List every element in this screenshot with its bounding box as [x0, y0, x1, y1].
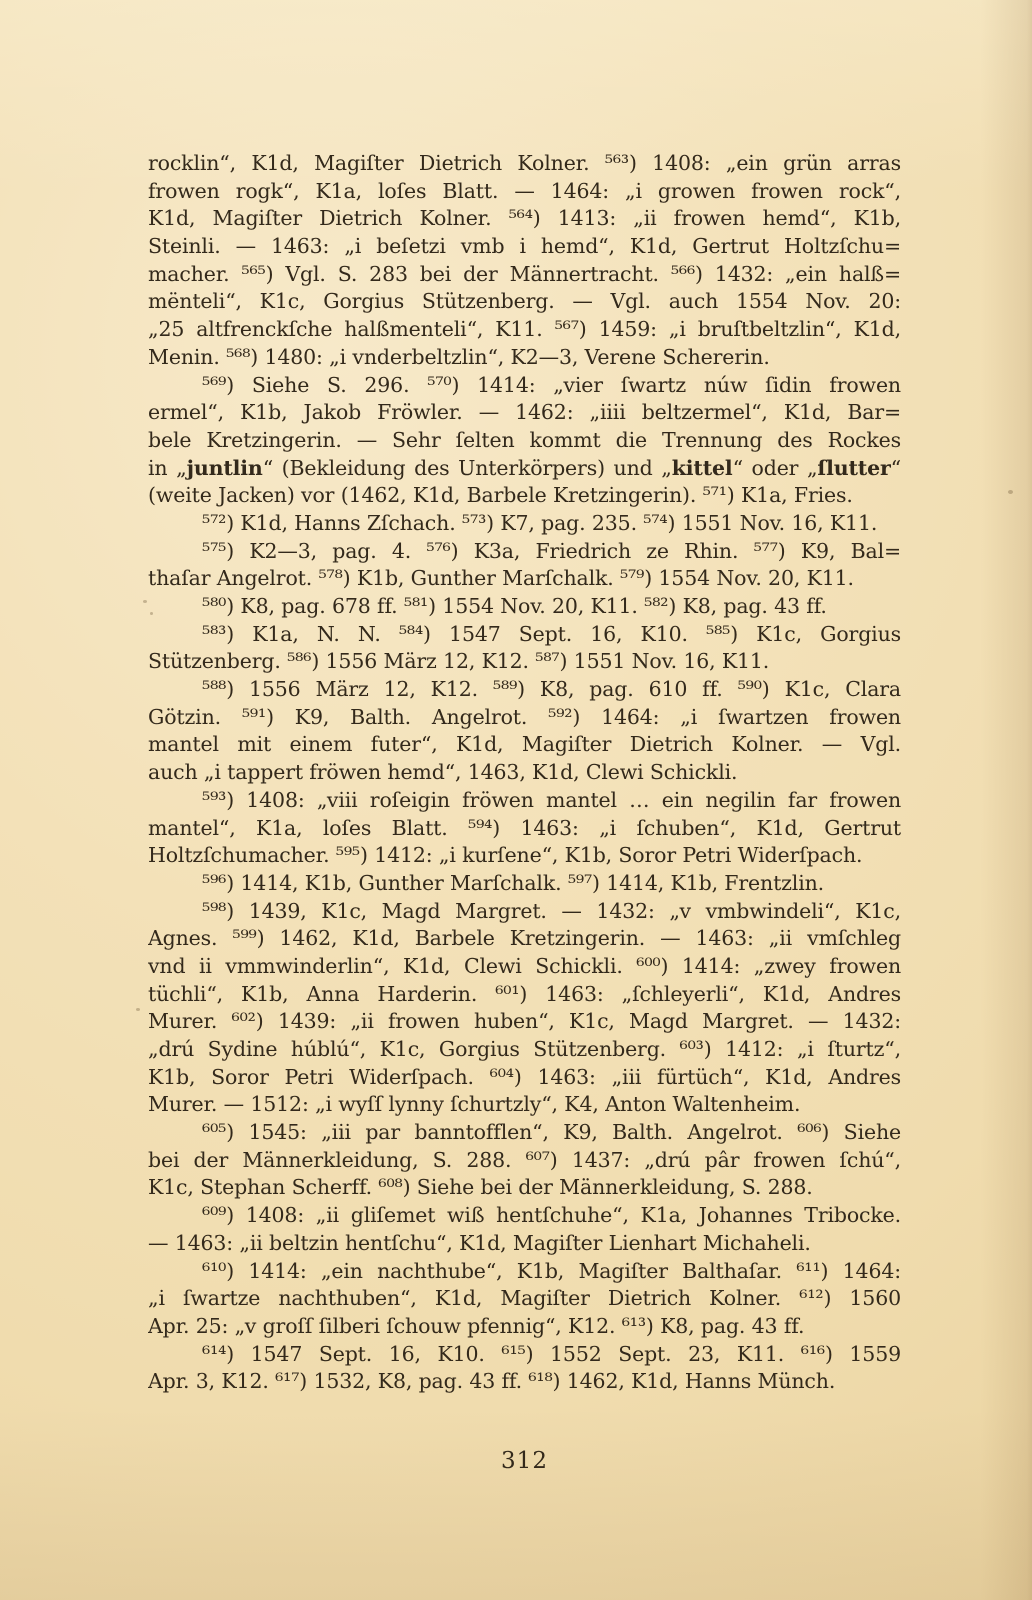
- text-line: ⁵⁹⁸) 1439, K1c, Magd Margret. — 1432: „v…: [148, 898, 901, 926]
- text-line: auch „i tappert fröwen hemd“, 1463, K1d,…: [148, 759, 901, 787]
- scan-speck: [136, 1008, 140, 1011]
- text-line: ⁵⁸³) K1a, N. N. ⁵⁸⁴) 1547 Sept. 16, K10.…: [148, 621, 901, 649]
- text-line: ⁵⁷⁵) K2—3, pag. 4. ⁵⁷⁶) K3a, Friedrich z…: [148, 538, 901, 566]
- text-line: tüchli“, K1b, Anna Harderin. ⁶⁰¹) 1463: …: [148, 981, 901, 1009]
- text-line: K1b, Soror Petri Widerſpach. ⁶⁰⁴) 1463: …: [148, 1064, 901, 1092]
- text-line: vnd ii vmmwinderlin“, K1d, Clewi Schickl…: [148, 953, 901, 981]
- text-line: Murer. ⁶⁰²) 1439: „ii frowen huben“, K1c…: [148, 1008, 901, 1036]
- text-line: „25 altfrenckſche halßmenteli“, K11. ⁵⁶⁷…: [148, 316, 901, 344]
- text-line: ⁵⁸⁰) K8, pag. 678 ff. ⁵⁸¹) 1554 Nov. 20,…: [148, 593, 901, 621]
- footnotes-text-block: rocklin“, K1d, Magiſter Dietrich Kolner.…: [148, 150, 901, 1396]
- text-line: Götzin. ⁵⁹¹) K9, Balth. Angelrot. ⁵⁹²) 1…: [148, 704, 901, 732]
- scan-speck: [1008, 490, 1013, 494]
- text-line: Menin. ⁵⁶⁸) 1480: „i vnderbeltzlin“, K2—…: [148, 344, 901, 372]
- text-line: K1c, Stephan Scherff. ⁶⁰⁸) Siehe bei der…: [148, 1174, 901, 1202]
- text-line: Holtzſchumacher. ⁵⁹⁵) 1412: „i kurſene“,…: [148, 842, 901, 870]
- text-line: ⁵⁷²) K1d, Hanns Zſchach. ⁵⁷³) K7, pag. 2…: [148, 510, 901, 538]
- text-line: in „juntlin“ (Bekleidung des Unterkörper…: [148, 455, 901, 483]
- text-line: K1d, Magiſter Dietrich Kolner. ⁵⁶⁴) 1413…: [148, 205, 901, 233]
- text-line: thaſar Angelrot. ⁵⁷⁸) K1b, Gunther Marſc…: [148, 565, 901, 593]
- text-line: mantel“, K1a, loſes Blatt. ⁵⁹⁴) 1463: „i…: [148, 815, 901, 843]
- text-line: mantel mit einem futer“, K1d, Magiſter D…: [148, 731, 901, 759]
- text-line: frowen rogk“, K1a, loſes Blatt. — 1464: …: [148, 178, 901, 206]
- scan-speck: [150, 612, 153, 615]
- text-line: ⁵⁸⁸) 1556 März 12, K12. ⁵⁸⁹) K8, pag. 61…: [148, 676, 901, 704]
- text-line: „drú Sydine húblú“, K1c, Gorgius Stützen…: [148, 1036, 901, 1064]
- text-line: — 1463: „ii beltzin hentſchu“, K1d, Magi…: [148, 1230, 901, 1258]
- text-line: ⁶⁰⁵) 1545: „iii par banntofflen“, K9, Ba…: [148, 1119, 901, 1147]
- text-line: Apr. 3, K12. ⁶¹⁷) 1532, K8, pag. 43 ff. …: [148, 1368, 901, 1396]
- text-line: ⁵⁹⁶) 1414, K1b, Gunther Marſchalk. ⁵⁹⁷) …: [148, 870, 901, 898]
- text-line: Murer. — 1512: „i wyſſ lynny ſchurtzly“,…: [148, 1091, 901, 1119]
- text-line: ⁵⁶⁹) Siehe S. 296. ⁵⁷⁰) 1414: „vier ſwar…: [148, 372, 901, 400]
- text-line: (weite Jacken) vor (1462, K1d, Barbele K…: [148, 482, 901, 510]
- text-line: Stützenberg. ⁵⁸⁶) 1556 März 12, K12. ⁵⁸⁷…: [148, 648, 901, 676]
- text-line: „i ſwartze nachthuben“, K1d, Magiſter Di…: [148, 1285, 901, 1313]
- text-line: Steinli. — 1463: „i beſetzi vmb i hemd“,…: [148, 233, 901, 261]
- page-number: 312: [148, 1448, 901, 1474]
- text-line: Agnes. ⁵⁹⁹) 1462, K1d, Barbele Kretzinge…: [148, 925, 901, 953]
- text-line: ⁶¹⁴) 1547 Sept. 16, K10. ⁶¹⁵) 1552 Sept.…: [148, 1341, 901, 1369]
- text-line: macher. ⁵⁶⁵) Vgl. S. 283 bei der Männert…: [148, 261, 901, 289]
- text-line: bei der Männerkleidung, S. 288. ⁶⁰⁷) 143…: [148, 1147, 901, 1175]
- scan-speck: [143, 600, 147, 603]
- text-line: ⁶¹⁰) 1414: „ein nachthube“, K1b, Magiſte…: [148, 1258, 901, 1286]
- book-page-scan: rocklin“, K1d, Magiſter Dietrich Kolner.…: [0, 0, 1032, 1600]
- text-line: ermel“, K1b, Jakob Fröwler. — 1462: „iii…: [148, 399, 901, 427]
- text-line: mënteli“, K1c, Gorgius Stützenberg. — Vg…: [148, 288, 901, 316]
- text-line: rocklin“, K1d, Magiſter Dietrich Kolner.…: [148, 150, 901, 178]
- text-line: Apr. 25: „v groſſ ſilberi ſchouw pfennig…: [148, 1313, 901, 1341]
- text-line: ⁶⁰⁹) 1408: „ii gliſemet wiß hentſchuhe“,…: [148, 1202, 901, 1230]
- text-line: bele Kretzingerin. — Sehr ſelten kommt d…: [148, 427, 901, 455]
- text-line: ⁵⁹³) 1408: „viii roſeigin fröwen mantel …: [148, 787, 901, 815]
